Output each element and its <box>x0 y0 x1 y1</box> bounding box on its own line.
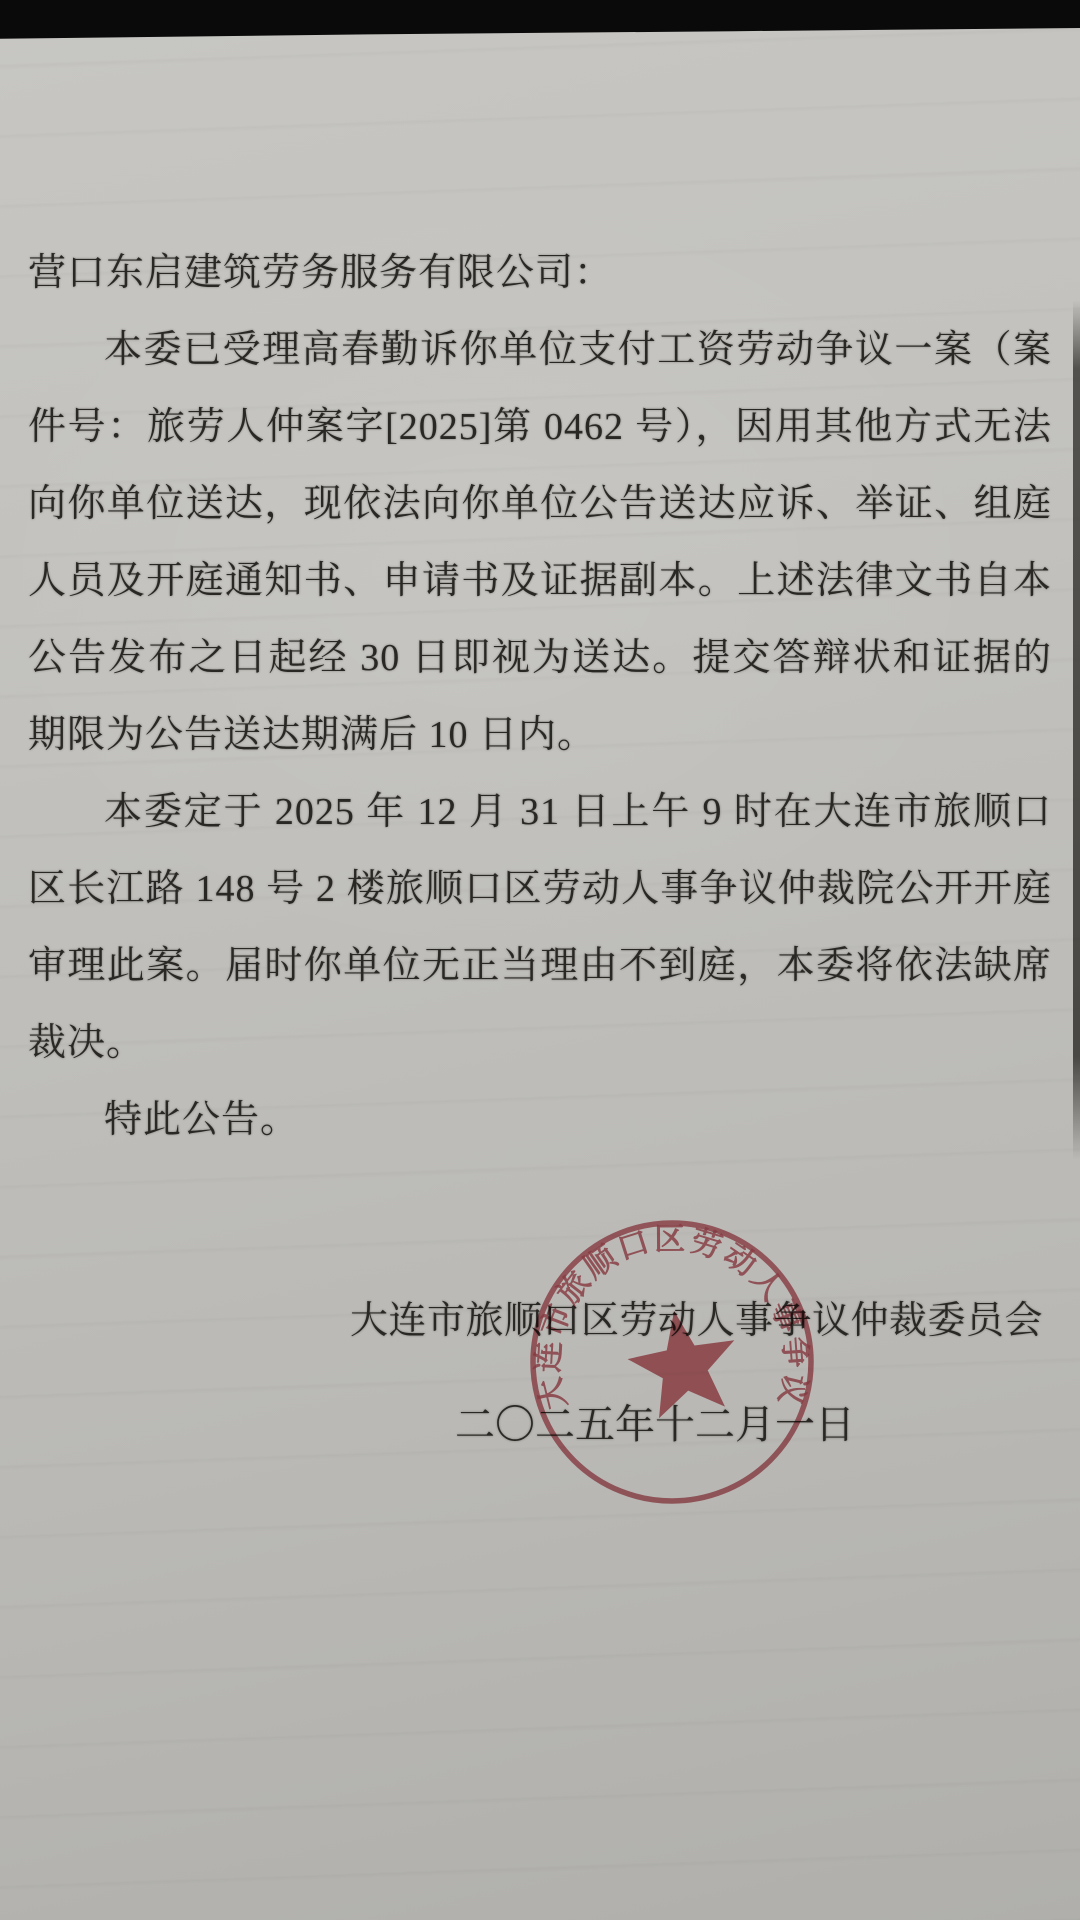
official-seal: 大连市旅顺口区劳动人事争议仲裁委员会 <box>525 1212 821 1514</box>
announcement-body: 营口东启建筑劳务服务有限公司： 本委已受理高春勤诉你单位支付工资劳动争议一案（案… <box>28 235 1052 1159</box>
body-line: 本委已受理高春勤诉你单位支付工资劳动争议一案（案 <box>28 312 1052 389</box>
photo-right-edge-shadow <box>1073 300 1080 1160</box>
document-photo: 营口东启建筑劳务服务有限公司： 本委已受理高春勤诉你单位支付工资劳动争议一案（案… <box>0 0 1080 1920</box>
body-line: 审理此案。届时你单位无正当理由不到庭，本委将依法缺席 <box>28 928 1052 1005</box>
closing-line: 特此公告。 <box>28 1082 1052 1159</box>
body-line: 本委定于 2025 年 12 月 31 日上午 9 时在大连市旅顺口 <box>28 774 1052 851</box>
star-icon <box>621 1301 746 1421</box>
body-line: 区长江路 148 号 2 楼旅顺口区劳动人事争议仲裁院公开开庭 <box>28 851 1052 928</box>
body-line: 件号：旅劳人仲案字[2025]第 0462 号），因用其他方式无法 <box>28 389 1052 466</box>
recipient-line: 营口东启建筑劳务服务有限公司： <box>28 235 1052 312</box>
body-line: 向你单位送达，现依法向你单位公告送达应诉、举证、组庭 <box>28 466 1052 543</box>
body-line: 裁决。 <box>28 1005 1052 1082</box>
photo-top-edge <box>0 0 1080 40</box>
body-line: 公告发布之日起经 30 日即视为送达。提交答辩状和证据的 <box>28 620 1052 697</box>
body-line: 人员及开庭通知书、申请书及证据副本。上述法律文书自本 <box>28 543 1052 620</box>
body-line: 期限为公告送达期满后 10 日内。 <box>28 697 1052 774</box>
